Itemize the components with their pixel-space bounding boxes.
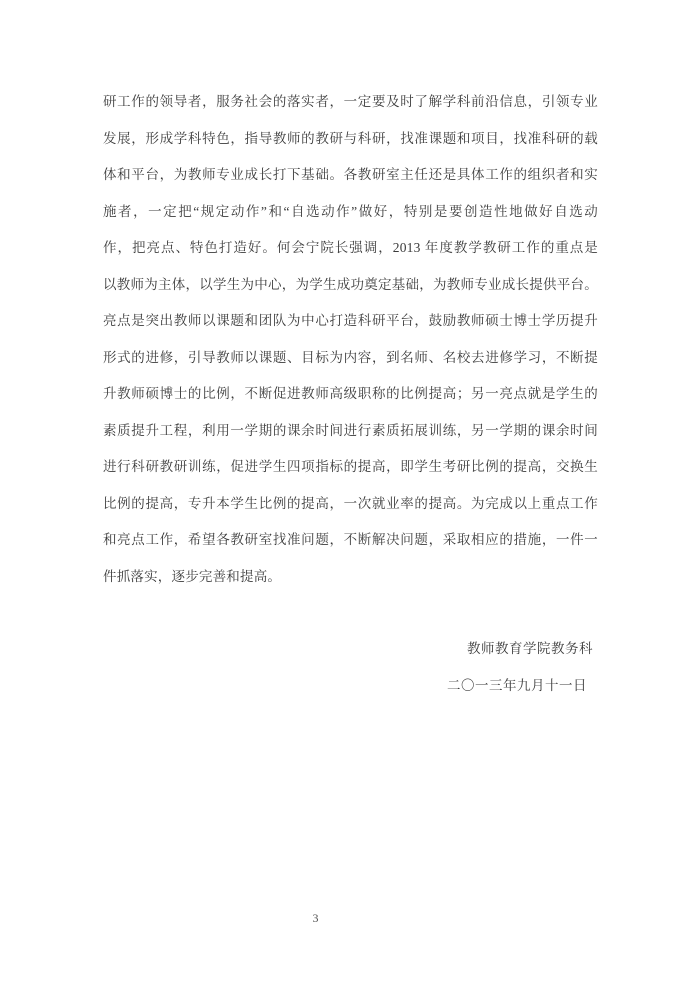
signature-block: 教师教育学院教务科 二〇一三年九月十一日 [103,631,598,704]
body-line: 和亮点工作，希望各教研室找准问题，不断解决问题，采取相应的措施，一件一 [103,522,598,559]
signature-line: 教师教育学院教务科 [103,631,598,668]
body-line: 形式的进修，引导教师以课题、目标为内容，到名师、名校去进修学习，不断提 [103,340,598,377]
page-number: 3 [103,911,528,926]
body-line: 比例的提高，专升本学生比例的提高，一次就业率的提高。为完成以上重点工作 [103,486,598,523]
body-line: 施者，一定把“规定动作”和“自选动作”做好，特别是要创造性地做好自选动 [103,194,598,231]
body-line: 以教师为主体，以学生为中心，为学生成功奠定基础，为教师专业成长提供平台。 [103,267,598,304]
body-line: 素质提升工程，利用一学期的课余时间进行素质拓展训练，另一学期的课余时间 [103,413,598,450]
body-text: 研工作的领导者，服务社会的落实者，一定要及时了解学科前沿信息，引领专业 发展，形… [103,84,598,595]
date-line: 二〇一三年九月十一日 [103,668,598,705]
body-line: 体和平台，为教师专业成长打下基础。各教研室主任还是具体工作的组织者和实 [103,157,598,194]
body-line: 研工作的领导者，服务社会的落实者，一定要及时了解学科前沿信息，引领专业 [103,84,598,121]
body-line: 发展，形成学科特色，指导教师的教研与科研，找准课题和项目，找准科研的载 [103,121,598,158]
body-line: 升教师硕博士的比例，不断促进教师高级职称的比例提高；另一亮点就是学生的 [103,376,598,413]
body-line: 件抓落实，逐步完善和提高。 [103,559,598,596]
document-page: 研工作的领导者，服务社会的落实者，一定要及时了解学科前沿信息，引领专业 发展，形… [0,0,700,989]
body-line: 亮点是突出教师以课题和团队为中心打造科研平台，鼓励教师硕士博士学历提升 [103,303,598,340]
body-line: 作，把亮点、特色打造好。何会宁院长强调，2013 年度教学教研工作的重点是 [103,230,598,267]
body-line: 进行科研教研训练，促进学生四项指标的提高，即学生考研比例的提高，交换生 [103,449,598,486]
